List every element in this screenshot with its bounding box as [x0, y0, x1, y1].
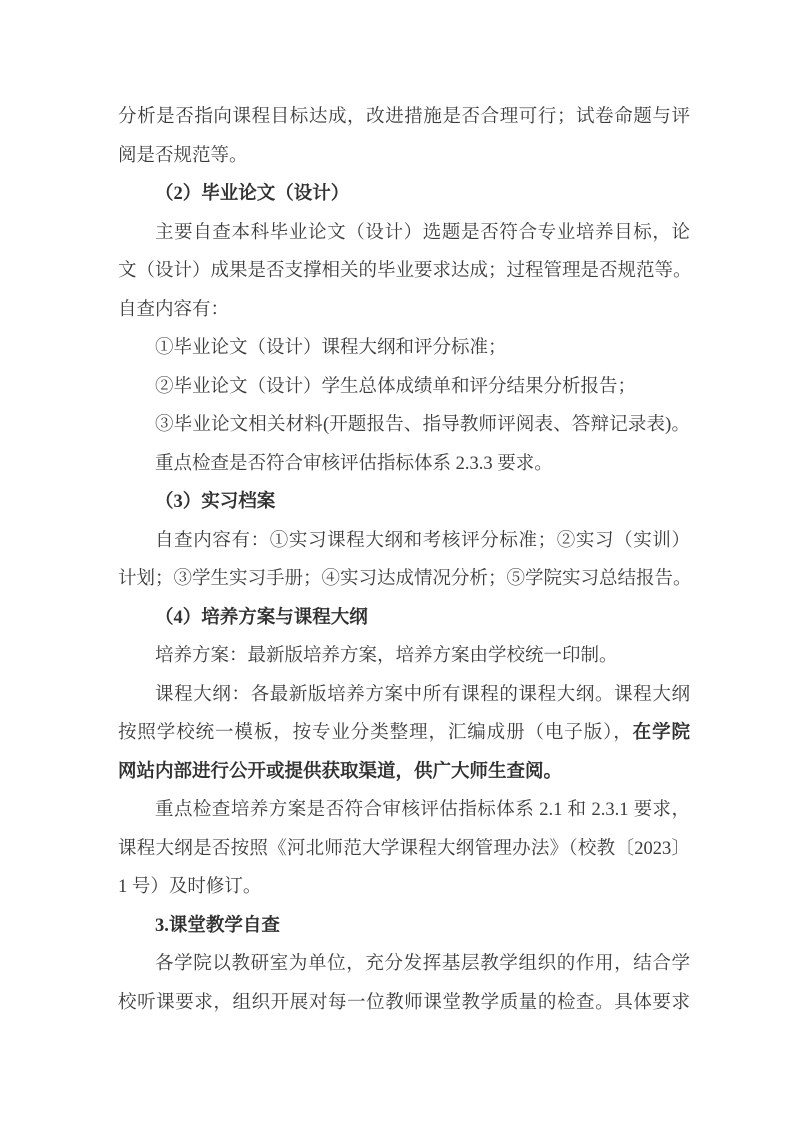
heading-training-plan-syllabus: （4）培养方案与课程大纲	[118, 599, 690, 638]
para-thesis-item-2: ②毕业论文（设计）学生总体成绩单和评分结果分析报告；	[118, 368, 690, 407]
para-thesis-intro: 主要自查本科毕业论文（设计）选题是否符合专业培养目标，论文（设计）成果是否支撑相…	[118, 214, 690, 330]
text-run: ②毕业论文（设计）学生总体成绩单和评分结果分析报告；	[155, 377, 636, 397]
text-line: 文（设计）成果是否支撑相关的毕业要求达成；过程管理是否规范等。	[118, 252, 690, 291]
text-run: 计划；③学生实习手册；④实习达成情况分析；⑤学院实习总结报告。	[118, 569, 692, 589]
text-run: 分析是否指向课程目标达成，改进措施是否合理可行；试卷命题与评	[118, 107, 690, 127]
para-course-syllabus: 课程大纲：各最新版培养方案中所有课程的课程大纲。课程大纲按照学校统一模板，按专业…	[118, 676, 690, 792]
text-run: ③毕业论文相关材料(开题报告、指导教师评阅表、答辩记录表)。	[155, 415, 690, 435]
text-run: 主要自查本科毕业论文（设计）选题是否符合专业培养目标，论	[155, 223, 690, 243]
para-thesis-item-3: ③毕业论文相关材料(开题报告、指导教师评阅表、答辩记录表)。	[118, 406, 690, 445]
heading-internship-archive: （3）实习档案	[118, 483, 690, 522]
text-line: 自查内容有：	[118, 291, 690, 330]
para-training-plan: 培养方案：最新版培养方案，培养方案由学校统一印制。	[118, 637, 690, 676]
heading-classroom-teaching-self-check: 3.课堂教学自查	[118, 907, 690, 946]
text-run: 重点检查是否符合审核评估指标体系 2.3.3 要求。	[155, 454, 553, 474]
text-run: 3.课堂教学自查	[155, 916, 280, 936]
text-line: 自查内容有：①实习课程大纲和考核评分标准；②实习（实训）	[118, 522, 690, 561]
text-run: （3）实习档案	[155, 492, 275, 512]
text-run: 课程大纲：各最新版培养方案中所有课程的课程大纲。课程大纲	[155, 685, 690, 705]
text-run: 重点检查培养方案是否符合审核评估指标体系 2.1 和 2.3.1 要求，	[155, 800, 690, 820]
text-line: 按照学校统一模板，按专业分类整理，汇编成册（电子版），在学院	[118, 714, 690, 753]
text-line: 阅是否规范等。	[118, 137, 690, 176]
text-run: 阅是否规范等。	[118, 146, 248, 166]
text-run: 课程大纲是否按照《河北师范大学课程大纲管理办法》（校教〔2023〕	[118, 839, 690, 859]
text-line: 重点检查是否符合审核评估指标体系 2.3.3 要求。	[118, 445, 690, 484]
text-run: 按照学校统一模板，按专业分类整理，汇编成册（电子版），	[118, 723, 633, 743]
text-line: 网站内部进行公开或提供获取渠道，供广大师生查阅。	[118, 753, 690, 792]
para-exam-analysis-continued: 分析是否指向课程目标达成，改进措施是否合理可行；试卷命题与评阅是否规范等。	[118, 98, 690, 175]
text-line: 各学院以教研室为单位，充分发挥基层教学组织的作用，结合学	[118, 945, 690, 984]
heading-graduation-thesis: （2）毕业论文（设计）	[118, 175, 690, 214]
text-line: ②毕业论文（设计）学生总体成绩单和评分结果分析报告；	[118, 368, 690, 407]
document-body: 分析是否指向课程目标达成，改进措施是否合理可行；试卷命题与评阅是否规范等。（2）…	[118, 98, 690, 1022]
text-line: 校听课要求，组织开展对每一位教师课堂教学质量的检查。具体要求	[118, 984, 690, 1023]
text-line: 培养方案：最新版培养方案，培养方案由学校统一印制。	[118, 637, 690, 676]
text-run: 文（设计）成果是否支撑相关的毕业要求达成；过程管理是否规范等。	[118, 261, 692, 281]
text-run: 自查内容有：	[118, 300, 229, 320]
text-line: ①毕业论文（设计）课程大纲和评分标准；	[118, 329, 690, 368]
text-line: 3.课堂教学自查	[118, 907, 690, 946]
text-line: 分析是否指向课程目标达成，改进措施是否合理可行；试卷命题与评	[118, 98, 690, 137]
text-line: 课程大纲：各最新版培养方案中所有课程的课程大纲。课程大纲	[118, 676, 690, 715]
text-run: 在学院	[633, 723, 690, 743]
text-line: 课程大纲是否按照《河北师范大学课程大纲管理办法》（校教〔2023〕	[118, 830, 690, 869]
text-line: ③毕业论文相关材料(开题报告、指导教师评阅表、答辩记录表)。	[118, 406, 690, 445]
text-run: 培养方案：最新版培养方案，培养方案由学校统一印制。	[155, 646, 618, 666]
text-run: 自查内容有：①实习课程大纲和考核评分标准；②实习（实训）	[155, 531, 690, 551]
text-line: 重点检查培养方案是否符合审核评估指标体系 2.1 和 2.3.1 要求，	[118, 791, 690, 830]
text-run: 各学院以教研室为单位，充分发挥基层教学组织的作用，结合学	[155, 954, 690, 974]
para-thesis-key-check: 重点检查是否符合审核评估指标体系 2.3.3 要求。	[118, 445, 690, 484]
para-syllabus-key-check: 重点检查培养方案是否符合审核评估指标体系 2.1 和 2.3.1 要求，课程大纲…	[118, 791, 690, 907]
para-thesis-item-1: ①毕业论文（设计）课程大纲和评分标准；	[118, 329, 690, 368]
text-line: （2）毕业论文（设计）	[118, 175, 690, 214]
text-run: （2）毕业论文（设计）	[155, 184, 349, 204]
text-line: 主要自查本科毕业论文（设计）选题是否符合专业培养目标，论	[118, 214, 690, 253]
text-run: 1 号）及时修订。	[118, 877, 261, 897]
para-classroom-teaching: 各学院以教研室为单位，充分发挥基层教学组织的作用，结合学校听课要求，组织开展对每…	[118, 945, 690, 1022]
text-run: 校听课要求，组织开展对每一位教师课堂教学质量的检查。具体要求	[118, 993, 690, 1013]
text-run: （4）培养方案与课程大纲	[155, 608, 368, 628]
text-line: （4）培养方案与课程大纲	[118, 599, 690, 638]
text-line: 计划；③学生实习手册；④实习达成情况分析；⑤学院实习总结报告。	[118, 560, 690, 599]
text-line: （3）实习档案	[118, 483, 690, 522]
para-internship-content: 自查内容有：①实习课程大纲和考核评分标准；②实习（实训）计划；③学生实习手册；④…	[118, 522, 690, 599]
text-run: ①毕业论文（设计）课程大纲和评分标准；	[155, 338, 507, 358]
document-page: 分析是否指向课程目标达成，改进措施是否合理可行；试卷命题与评阅是否规范等。（2）…	[0, 0, 800, 1131]
text-line: 1 号）及时修订。	[118, 868, 690, 907]
text-run: 网站内部进行公开或提供获取渠道，供广大师生查阅。	[118, 762, 562, 782]
